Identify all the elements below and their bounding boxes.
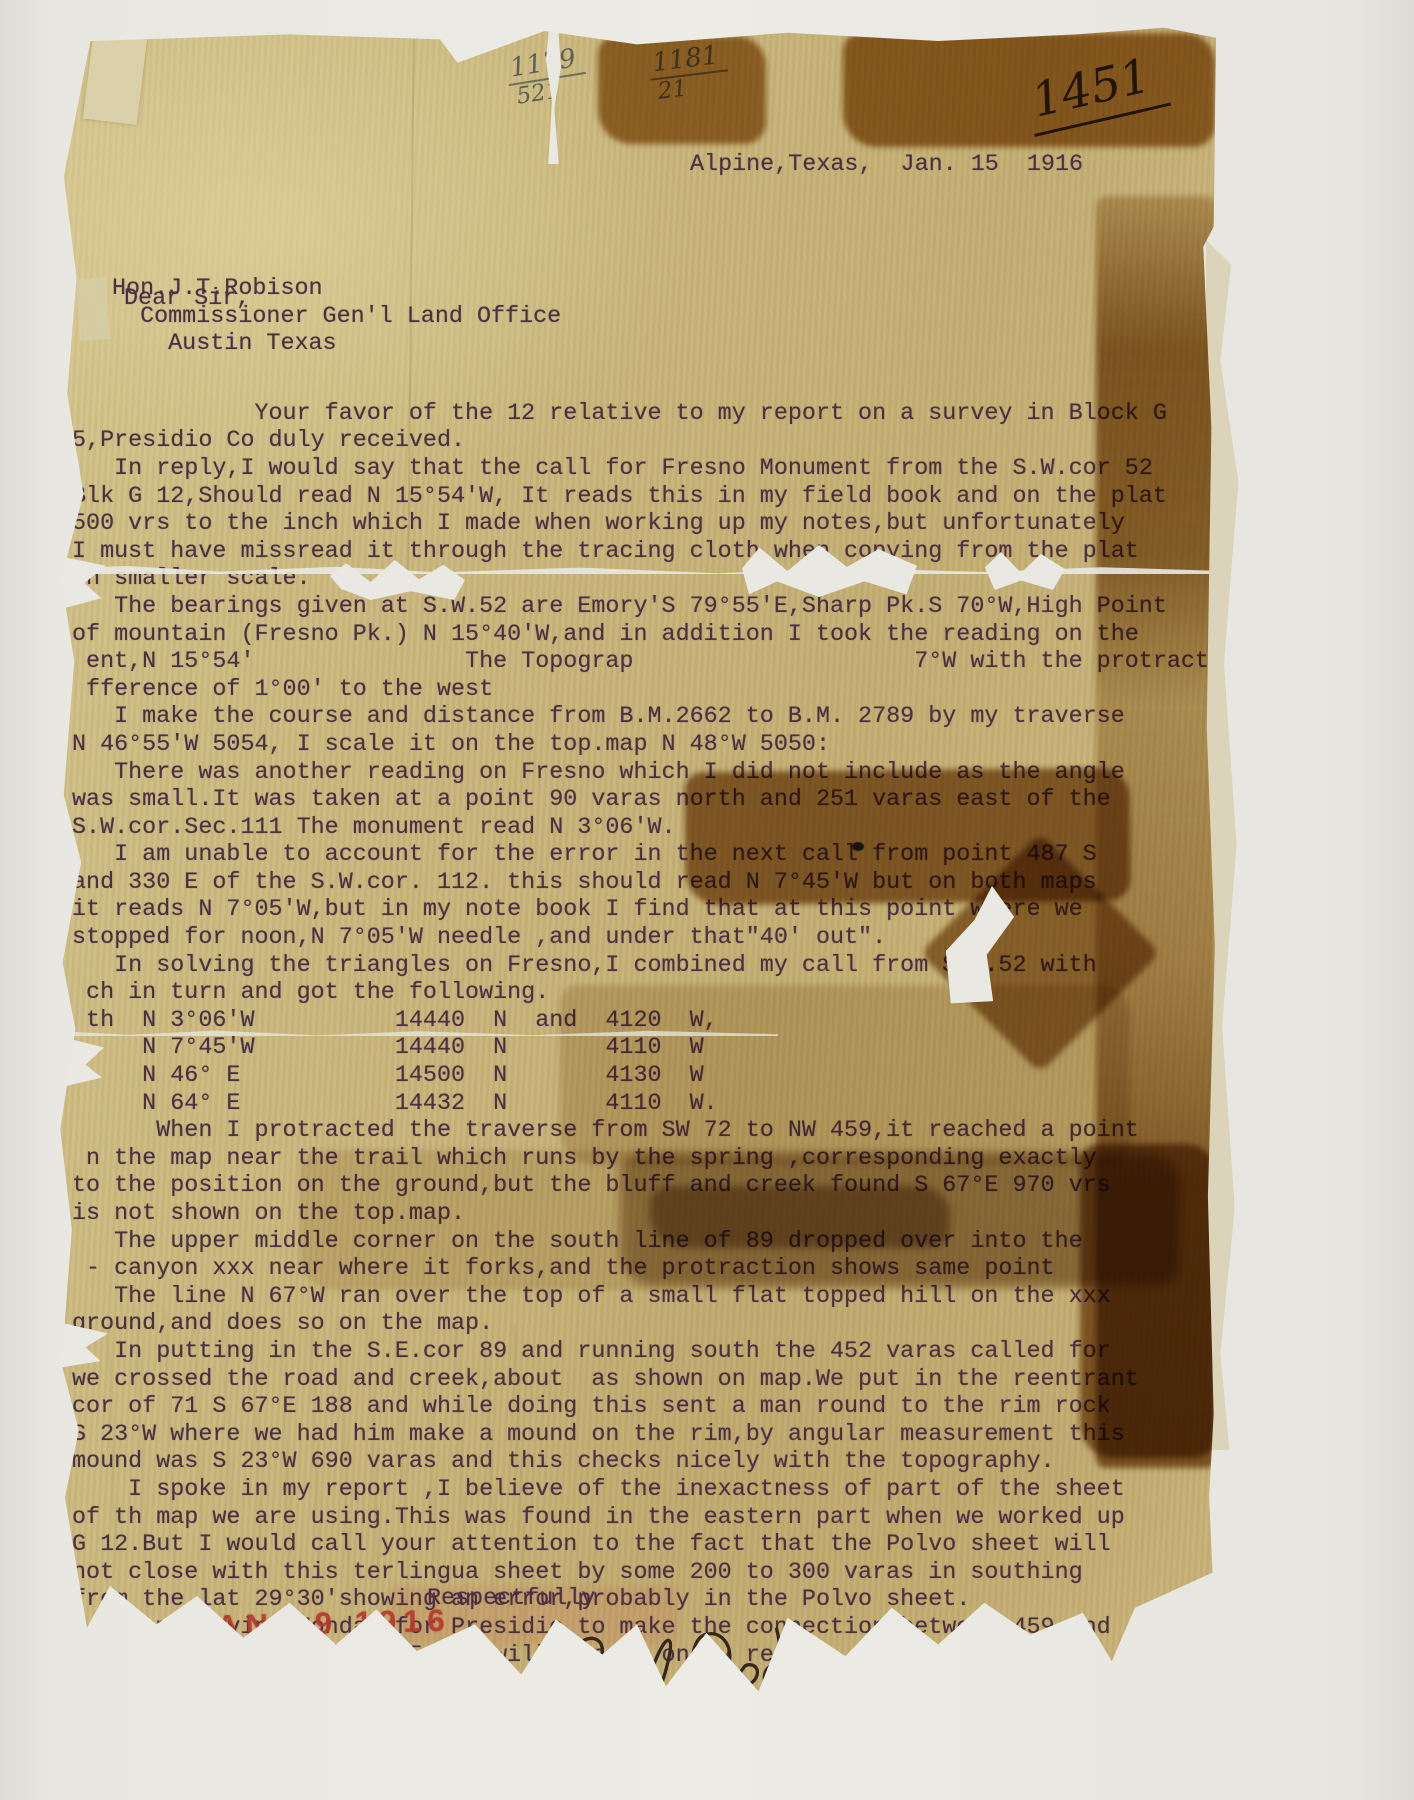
stain (560, 985, 1130, 1165)
letter-paper: 1179 521 1181 21 1451 Alpine,Texas, Jan.… (58, 26, 1216, 1698)
stain (650, 1186, 950, 1248)
counter-note: counter 34556 (775, 1687, 977, 1728)
ink-spot (852, 842, 864, 851)
typed-line: not close with this terlingua sheet by s… (72, 1560, 1265, 1588)
signature-title: State Sur. (558, 1698, 698, 1724)
typed-line: ent,N 15°54' The Topograp 7°W with the p… (72, 649, 1265, 677)
typed-line: I spoke in my report ,I believe of the i… (72, 1477, 1265, 1505)
stain (843, 33, 1215, 147)
closing: Respectfully (427, 1586, 595, 1612)
scanned-letter-page: 1179 521 1181 21 1451 Alpine,Texas, Jan.… (0, 0, 1414, 1800)
typed-line: Your favor of the 12 relative to my repo… (72, 401, 1265, 429)
stain (598, 36, 766, 144)
typed-line: 5,Presidio Co duly received. (72, 428, 1265, 456)
torn-paper-scrap (1206, 240, 1242, 1450)
typed-line: of th map we are using.This was found in… (72, 1505, 1265, 1533)
typed-line: fference of 1°00' to the west (72, 677, 1265, 705)
typed-line: G 12.But I would call your attention to … (72, 1532, 1265, 1560)
typed-line: of mountain (Fresno Pk.) N 15°40'W,and i… (72, 622, 1265, 650)
handwritten-signature (554, 1618, 798, 1718)
stain (1080, 1144, 1216, 1458)
salutation: Dear Sir, (124, 286, 250, 314)
typed-line: N 46°55'W 5054, I scale it on the top.ma… (72, 732, 1265, 760)
dateline: Alpine,Texas, Jan. 15 1916 (690, 152, 1083, 180)
received-date-stamp: JAN 19 1916 (192, 1603, 453, 1646)
typed-line: Blk G 12,Should read N 15°54'W, It reads… (72, 484, 1265, 512)
typed-line: mound was S 23°W 690 varas and this chec… (72, 1449, 1265, 1477)
typed-line: The bearings given at S.W.52 are Emory'S… (72, 594, 1265, 622)
typed-line: I must have missread it through the trac… (72, 539, 1265, 567)
tape-piece (83, 33, 147, 125)
typed-line: 500 vrs to the inch which I made when wo… (72, 511, 1265, 539)
typed-line: In reply,I would say that the call for F… (72, 456, 1265, 484)
typed-line: I make the course and distance from B.M.… (72, 704, 1265, 732)
